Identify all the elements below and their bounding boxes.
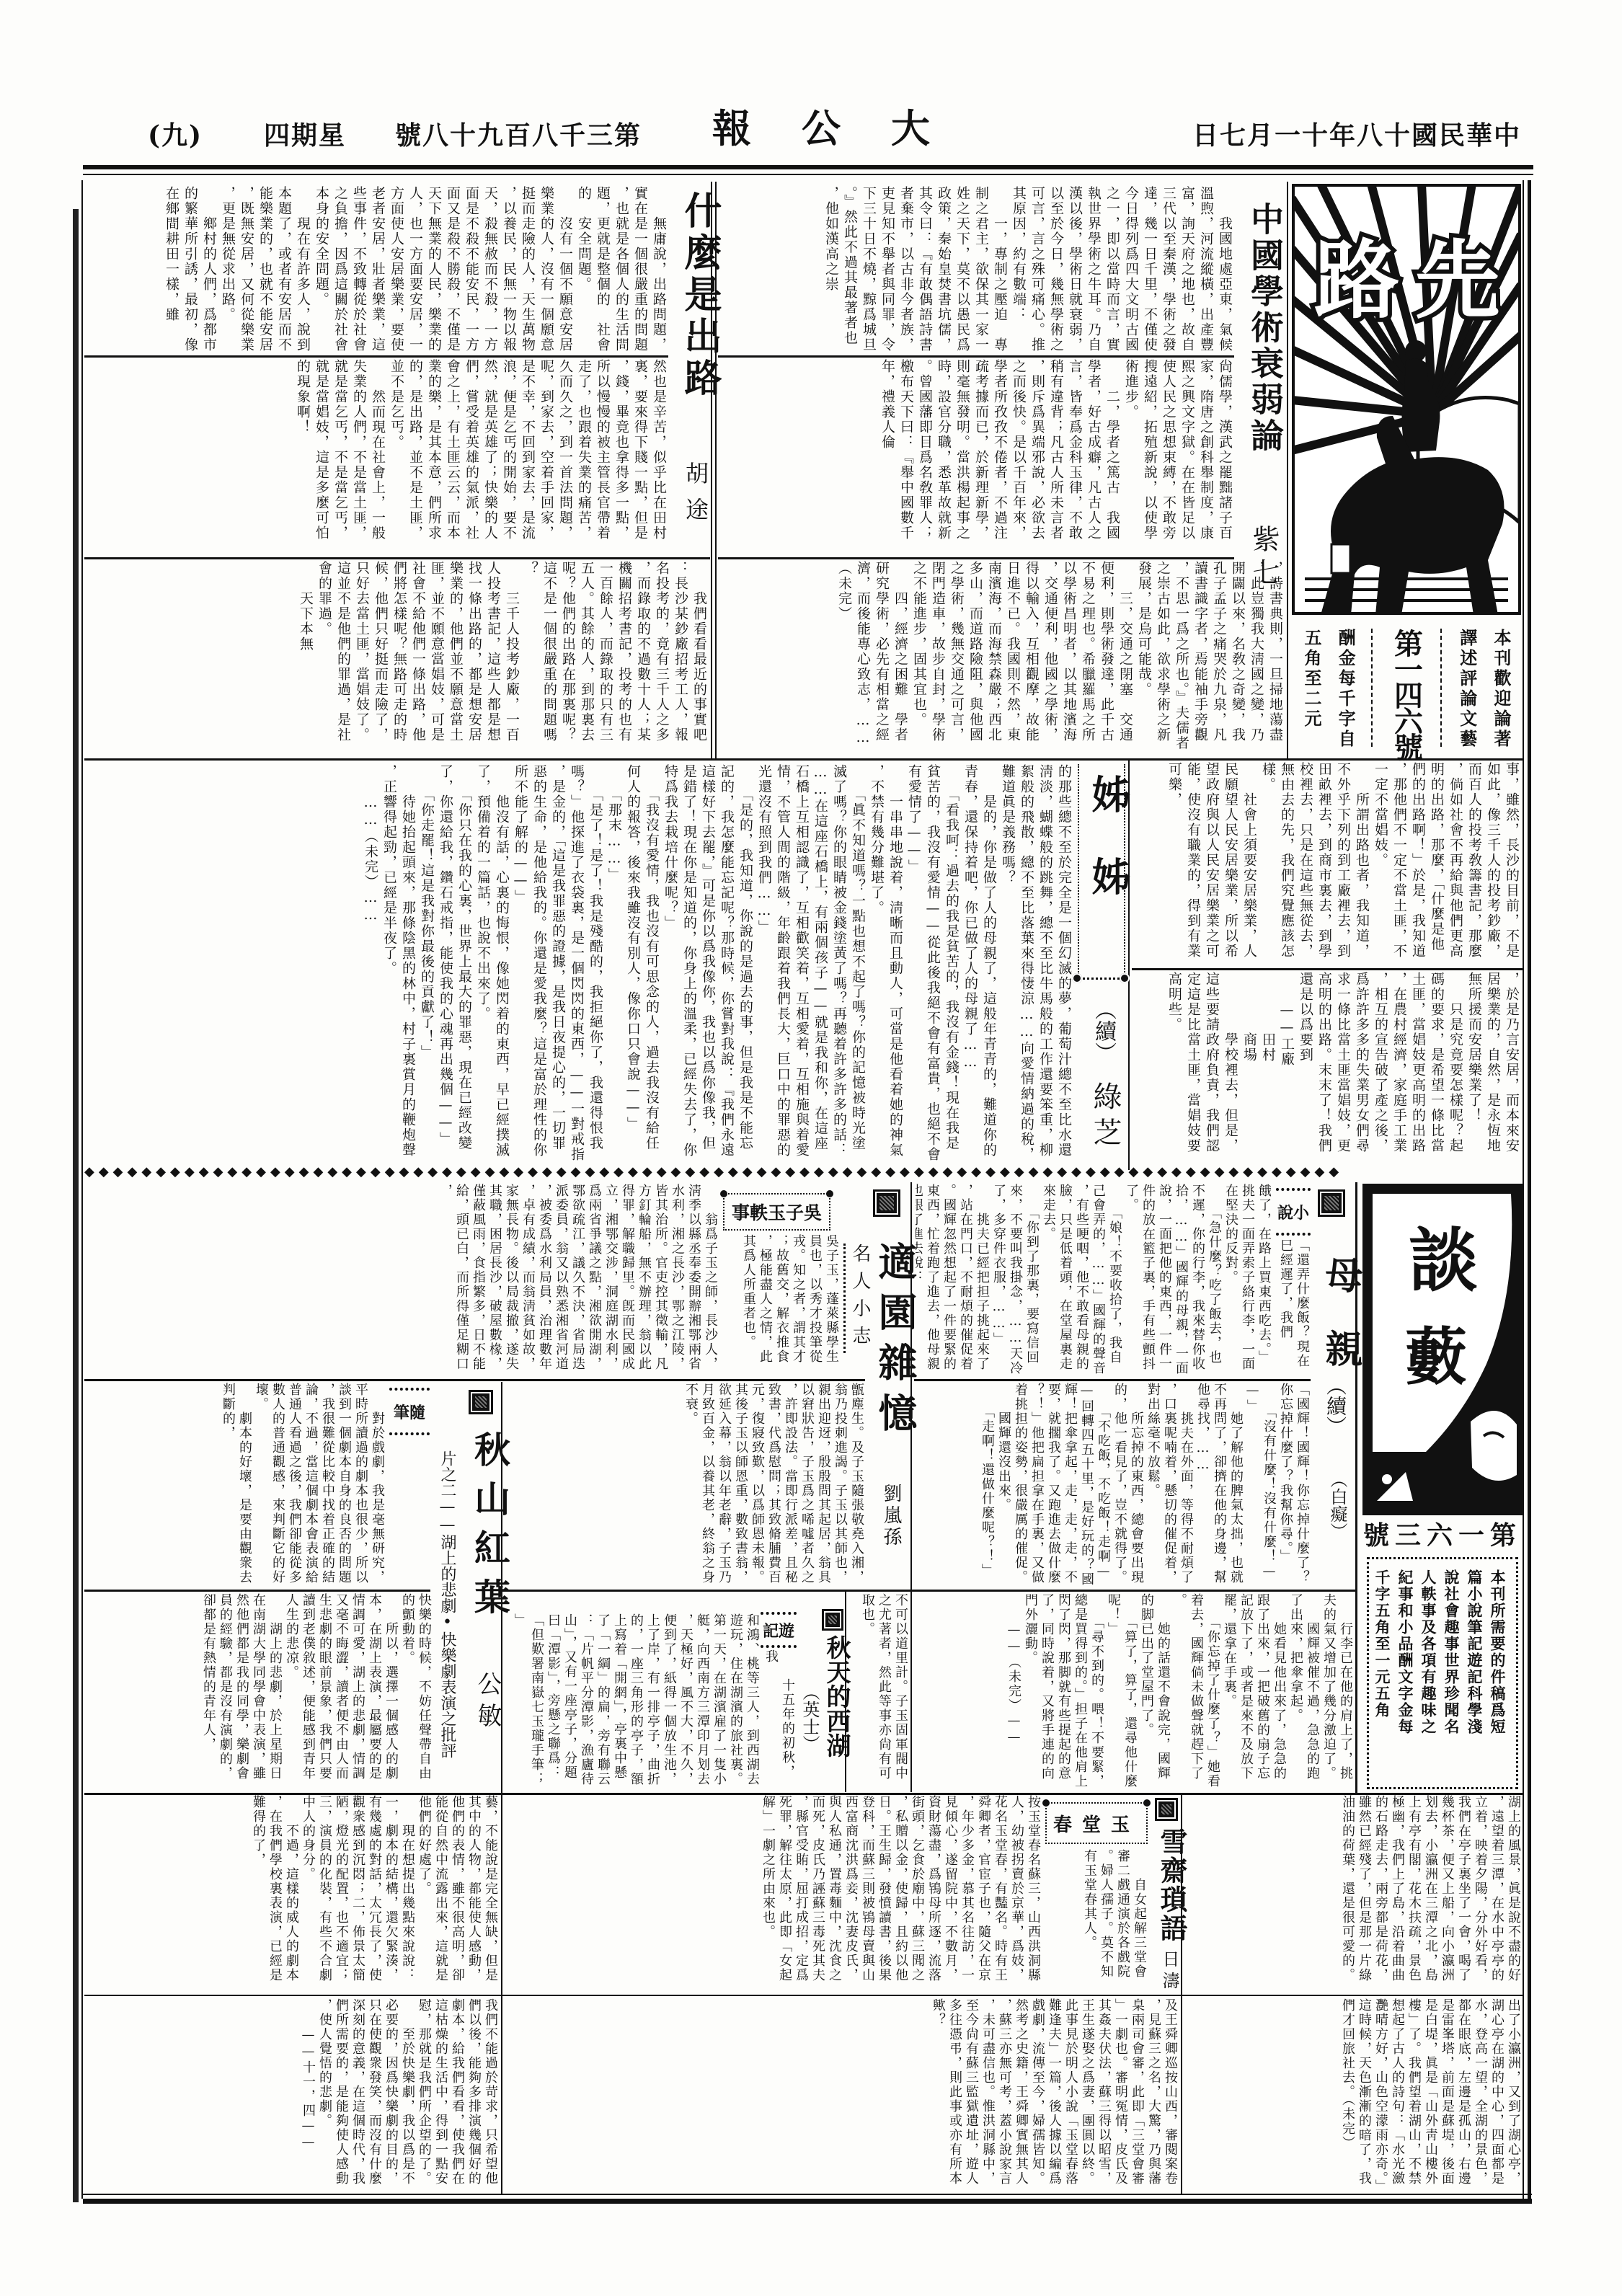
section-ornament-icon [1318,1189,1345,1217]
tansou-masthead-woodcut: 談 藪 [1362,1184,1523,1515]
payment-line-1: 酬金每千字自 [1333,629,1358,750]
story-body-mother-tier2: 「國輝！國輝！你忘掉什麼了？你忘掉什麼了？我幫你尋。」 「沒有什麼！沒有什麼！—… [916,1383,1311,1587]
diamond-ornament-divider: ◆◆◆◆◆◆◆◆◆◆◆◆◆◆◆◆◆◆◆◆◆◆◆◆◆◆◆◆◆◆◆◆◆◆◆◆◆◆◆◆… [84,1163,1355,1181]
story-title-box: 姊姊 [1078,764,1125,975]
tier-rule [1132,968,1523,970]
column-body-autumn-leaves-tier2: 對於戲劇，我是毫無研究，平時所讀過的劇本也很少，所以談到一個劇本自身的良否的問題… [84,1383,386,1587]
column-body-snow-studio-tier5: 及王舜卿巡按山西，審閱案卷，見蘇三之名，大驚，乃與藩臬兩司會審，此即「三堂會審」… [505,1998,1179,2191]
column-author: 日濤 [1157,1950,1182,1993]
section-ornament-icon [1155,1798,1178,1821]
story-body-mother-tier1-b: 餓了，在路上買東西吃去。」挑夫一面弄索子絡行李，一面在堅決的反對。 「急什麼？吃… [916,1184,1272,1377]
column-body-west-lake-tier3-b: 和鴻、桃等三人，到西湖去遊玩，住在湖濱的旅社裏。第一天，在湖濱雇了一隻小艇，向西… [505,1613,761,1791]
article-author: 胡途 [679,461,712,533]
anecdote-subhead-box: 吳子玉軼事 [723,1193,830,1231]
tansou-submission-notice: 本刊所需要的件稿爲短 篇小說筆記遊記科學淺 說社會趣事世界珍聞名 人軼事及各項有… [1367,1557,1518,1789]
tier-rule [84,1590,430,1592]
tier-rule [84,1995,1523,1996]
right-border-bar [1528,180,1531,2203]
masthead-char-top: 談 [1409,1220,1478,1301]
left-border-bar [73,209,79,2202]
gear-ornament-icon [1078,978,1124,980]
call-for-papers-line-2: 譯述評論文藝 [1455,629,1480,750]
column-title-autumn-leaves: 秋山紅葉 [464,1431,515,1627]
column-body-shiyuan-tier2: 甑塵生。及子玉隨張敬堯入湘，翁乃投刺進謁。子玉以其師也，親出迎迓，殷殷問其起居，… [505,1383,865,1587]
page-number: (九) [148,120,203,151]
story-author: （白癡） [1325,1471,1350,1540]
story-body-mother-tier1-a: 「還弄什麼飯？現在巳經遲了，我們 [1275,1238,1311,1377]
column-body-autumn-leaves-tier3: 快樂的時候，不妨任聲帶自由的顫動着。 所以，選擇一個感人的劇本，在湖上表演，最屬… [84,1593,433,1791]
notice-line: 篇小說筆記遊記科學淺 [1463,1569,1486,1777]
notice-line: 說社會趣事世界珍聞名 [1440,1569,1463,1777]
masthead-char-bottom: 藪 [1405,1321,1467,1393]
publication-date: 中華民國十八年十一月七日 [1189,120,1521,151]
topic-subhead-box: 玉堂春 [1045,1802,1148,1844]
sub-column-tag: 名人小志 [843,1244,874,1353]
wavy-divider [1440,629,1442,747]
column-body-autumn-leaves-tier5: 我們不能過於苛求，只希望他們以後，能夠多排演幾個好的劇本，給我們看看，使我們在這… [84,1998,499,2191]
column-title-snow-studio: 雪齋瑣語 [1152,1827,1192,1943]
article-body-way-out-tier1: 無庸說，出路問題，實在是一個很嚴重的問題，也就是各個人的生活問題，更就是整個的 … [84,186,668,353]
section-ornament-icon [822,1609,843,1631]
horseman-woodcut-icon: 路 先 [1292,184,1521,615]
notice-line: 紀事和小品酬文字金每 [1393,1569,1417,1777]
wavy-divider [1371,629,1373,747]
story-author: 綠芝 [1085,1081,1126,1153]
tier-rule [914,1379,1311,1381]
column-body-snow-studio-tier4-a: 自女起解三堂會審二戲通演於各戲院。婦人孺子。莫不知有玉堂春其人。 [1045,1849,1148,1992]
article-body-way-out-tier5: ，於是乃言安居，而本來安居樂業的，自然，是永恆地無所援而安居樂業了！ 只是究竟要… [1133,972,1521,1166]
genre-tag-essay: 隨筆 [389,1388,430,1435]
serial-continued-label: （續） [1087,998,1119,1063]
article-body-way-out-tier2: 然也是辛苦，似乎比在田村裏，要來得下賤一點，但是，錢，畢竟也拿得多一點，所以慢慢… [84,359,668,555]
column-body-west-lake-tier5: 出了小瀛洲，又到了湖心亭，湖心亭在湖的中心，四面都是水，登高一望，全湖的景色，都… [1186,1998,1522,2191]
xianlu-info-box: 本刊歡迎論著 譯述評論文藝 第一四六號 酬金每千字自 五角至二元 [1292,619,1521,757]
article-body-way-out-tier3: 我們看看最近的事實吧：長沙某鈔廠招考工人，報名投考的，竟有三千人之多，而錄取的不… [84,561,709,755]
issue-number: 第三千八百九十八號 [371,120,642,151]
column-body-west-lake-tier3-a: 十五年的初秋，我 [763,1649,796,1791]
column-author: 劉嵐孫 [878,1484,905,1548]
footer-rule-thick [83,2199,1532,2204]
newspaper-page: (九) 星期四 第三千八百九十八號 大公報 中華民國十八年十一月七日 [0,0,1622,2296]
article-body-academic-decline-tier2: 尙儒學，漢武之罷黜諸子百家，隋唐之創科舉制度，康熙之興文字獄。在在皆足以使人民之… [719,359,1234,555]
article-body-academic-decline-tier1: 我國地處亞東，氣候溫煦，河流縱橫，出產豐富，詢天府之地也，故自三代以至秦漢，學術… [719,186,1234,353]
notice-line: 本刊所需要的件稿爲短 [1486,1569,1509,1777]
article-title-way-out: 什麼是出路 [673,191,727,400]
tier-rule [84,1379,865,1381]
tansou-woodcut-icon: 談 藪 [1362,1184,1523,1515]
footer-rule-thin [83,2194,1532,2195]
notice-line: 人軼事及各項有趣味之 [1417,1569,1440,1777]
masthead-char-left: 路 [1314,230,1399,330]
masthead-dagongbao: 大公報 [735,112,980,144]
column-author: （英士） [797,1683,823,1752]
header-rule-thick [83,165,1533,169]
story-body-sister: 的那些總不至於完全是一個幻滅的夢，葡萄汁總不至比水還淸淡，蝴蝶般的跳舞，總不至比… [84,764,1073,1164]
serial-continued-label: （續） [1321,1375,1350,1436]
call-for-papers-line-1: 本刊歡迎論著 [1489,629,1514,750]
column-body-autumn-leaves-tier4: 藝，不能說是完全無缺，但是其中的人物，都能使人感動，他們的表情，雖不很高明，卻能… [84,1795,499,1993]
tier-rule [84,557,710,559]
article-body-academic-decline-tier3: ，詩書典則，一旦掃地蕩盡，此豈獨我大淸國之變，乃開闢以來，名敎之奇變，我孔子孟子… [719,561,1285,755]
notice-line: 千字五角至一元五角 [1370,1569,1393,1777]
genre-tag-novel: 小說 [1276,1188,1311,1236]
column-title-shiyuan-memoirs: 適園雜憶 [868,1241,923,1443]
genre-tag-travelogue: 遊記 [761,1612,797,1648]
tansou-issue-number: 第一六三號 [1362,1520,1523,1551]
tier-rule [502,1590,1355,1592]
header-rule-thin [83,174,1533,175]
tier-rule [718,355,1234,358]
column-author: 公敏 [470,1671,505,1734]
payment-line-2: 五角至二元 [1299,629,1324,730]
tier-rule [84,355,668,358]
xianlu-masthead-woodcut: 路 先 [1292,184,1521,615]
section-ornament-icon [469,1390,493,1414]
masthead-char-right: 先 [1415,230,1500,330]
tier-rule [718,557,1234,559]
column-body-west-lake-tier4: 湖上的風景，眞是說不盡的好，遠望着三潭，在水中亭亭的立着，映着夕陽，分外好看，我… [1186,1795,1522,1993]
story-body-mother-tier3: 行李已在他的肩上了，挑夫的氣又增加了幾分激迫了。 國輝被催不過，急急的跑了出來，… [916,1593,1354,1791]
tier-rule [84,758,1523,761]
column-title-autumn-west-lake: 秋天的西湖 [819,1635,854,1758]
article-title-academic-decline: 中國學術衰弱論 [1241,202,1289,454]
column-body-shiyuan-tier1-a: 翁爲子玉之師，長沙人，淸季以縣丞奉委開辦湘鄂兩省水利，湘之長沙，鄂之江陵，皆其治… [84,1184,719,1377]
article-body-way-out-tier4: 事，雖然，長沙的目前，不是如此，像三千人的投考鈔廠，而百人的投考敎籌書記，那麼，… [1133,762,1521,966]
story-title-sister: 姊姊 [1081,774,1137,939]
left-border-line [81,180,83,2199]
weekday: 星期四 [252,120,346,151]
xianlu-issue-number: 第一四六號 [1386,629,1427,758]
section-ornament-icon [873,1189,900,1217]
column-body-shiyuan-tier3: 不可以道里計。子玉固軍閥中之尤著者，然此等事亦尙有可取也。 [848,1593,909,1791]
column-body-snow-studio-tier4-b: 按玉堂春名蘇三，山西洪洞縣人，幼被拐賣於京華，爲妓，花名玉堂春，有豔名。時有王舜… [505,1795,1042,1993]
right-border-line [1523,180,1524,2199]
column-body-shiyuan-tier1-b: 吳子玉，蓬萊縣學生員也，以秀才投筆從戎。知之者，謂其才；故舊交，解衣推食，極能盡… [723,1234,840,1377]
column-subtitle: 片之二——湖上的悲劇•快樂劇表演之批評 [436,1450,458,1758]
